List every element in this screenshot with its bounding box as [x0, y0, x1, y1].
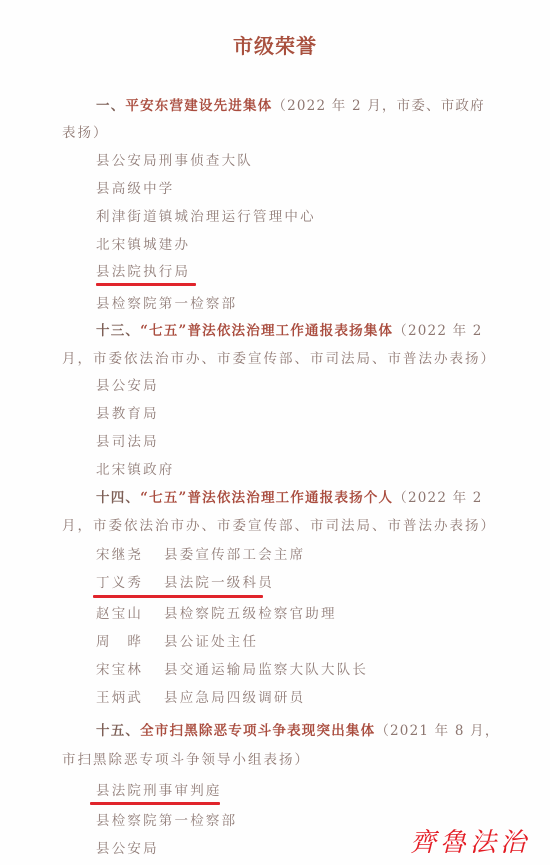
- list-item: 北宋镇城建办: [96, 236, 190, 254]
- section-number: 十五、: [96, 723, 140, 739]
- person-title: 县公证处主任: [164, 634, 258, 650]
- person-title: 县法院一级科员: [164, 575, 274, 591]
- section-note-continued: 市扫黑除恶专项斗争领导小组表扬）: [62, 751, 310, 769]
- person-row: 宋宝林县交通运输局监察大队大队长: [96, 661, 368, 679]
- red-underline: [93, 595, 263, 598]
- list-item: 县检察院第一检察部: [96, 295, 237, 313]
- section-title: 平安东营建设先进集体: [125, 98, 272, 114]
- section-note: （2022 年 2: [393, 490, 482, 506]
- person-row-highlighted: 丁义秀县法院一级科员: [96, 574, 274, 592]
- section-number: 一、: [96, 98, 125, 114]
- document-page: 市级荣誉 一、平安东营建设先进集体（2022 年 2 月，市委、市政府 表扬） …: [0, 0, 550, 865]
- section-note-continued: 表扬）: [62, 124, 109, 142]
- section-number: 十四、: [96, 490, 140, 506]
- section-note: （2022 年 2: [393, 323, 482, 339]
- watermark-logo: 齊魯法治: [410, 822, 530, 859]
- list-item: 县公安局: [96, 377, 159, 395]
- list-item-highlighted: 县法院刑事审判庭: [96, 782, 222, 800]
- section-title: “七五”普法依法治理工作通报表扬集体: [140, 323, 393, 339]
- list-item-highlighted: 县法院执行局: [96, 263, 190, 281]
- list-item: 县教育局: [96, 405, 159, 423]
- section-title: 全市扫黑除恶专项斗争表现突出集体: [140, 723, 375, 739]
- person-title: 县检察院五级检察官助理: [164, 606, 337, 622]
- person-name: 王炳武: [96, 689, 164, 707]
- section-note: （2022 年 2 月，市委、市政府: [272, 98, 484, 114]
- person-title: 县交通运输局监察大队大队长: [164, 662, 368, 678]
- list-item: 县公安局刑事侦查大队: [96, 152, 253, 170]
- person-row: 王炳武县应急局四级调研员: [96, 689, 305, 707]
- list-item: 利津街道镇城治理运行管理中心: [96, 208, 316, 226]
- section-number: 十三、: [96, 323, 140, 339]
- page-title: 市级荣誉: [0, 30, 550, 59]
- list-item: 县检察院第一检察部: [96, 812, 237, 830]
- red-underline: [96, 283, 196, 286]
- list-item: 县公安局: [96, 840, 159, 858]
- person-title: 县委宣传部工会主席: [164, 547, 305, 563]
- section-note-continued: 月，市委依法治市办、市委宣传部、市司法局、市普法办表扬）: [62, 350, 496, 368]
- person-title: 县应急局四级调研员: [164, 690, 305, 706]
- person-row: 宋继尧县委宣传部工会主席: [96, 546, 305, 564]
- red-underline: [90, 802, 220, 805]
- list-item: 北宋镇政府: [96, 461, 175, 479]
- section-note: （2021 年 8 月，: [375, 723, 499, 739]
- person-name: 赵宝山: [96, 605, 164, 623]
- person-row: 周 晔县公证处主任: [96, 633, 258, 651]
- person-name: 丁义秀: [96, 574, 164, 592]
- section-heading-15: 十五、全市扫黑除恶专项斗争表现突出集体（2021 年 8 月，: [96, 722, 500, 740]
- person-row: 赵宝山县检察院五级检察官助理: [96, 605, 337, 623]
- section-heading-1: 一、平安东营建设先进集体（2022 年 2 月，市委、市政府: [96, 97, 485, 115]
- list-item: 县司法局: [96, 433, 159, 451]
- list-item: 县高级中学: [96, 180, 175, 198]
- section-heading-13: 十三、“七五”普法依法治理工作通报表扬集体（2022 年 2: [96, 322, 483, 340]
- section-heading-14: 十四、“七五”普法依法治理工作通报表扬个人（2022 年 2: [96, 489, 483, 507]
- person-name: 周 晔: [96, 633, 164, 651]
- section-title: “七五”普法依法治理工作通报表扬个人: [140, 490, 393, 506]
- section-note-continued: 月，市委依法治市办、市委宣传部、市司法局、市普法办表扬）: [62, 517, 496, 535]
- person-name: 宋继尧: [96, 546, 164, 564]
- person-name: 宋宝林: [96, 661, 164, 679]
